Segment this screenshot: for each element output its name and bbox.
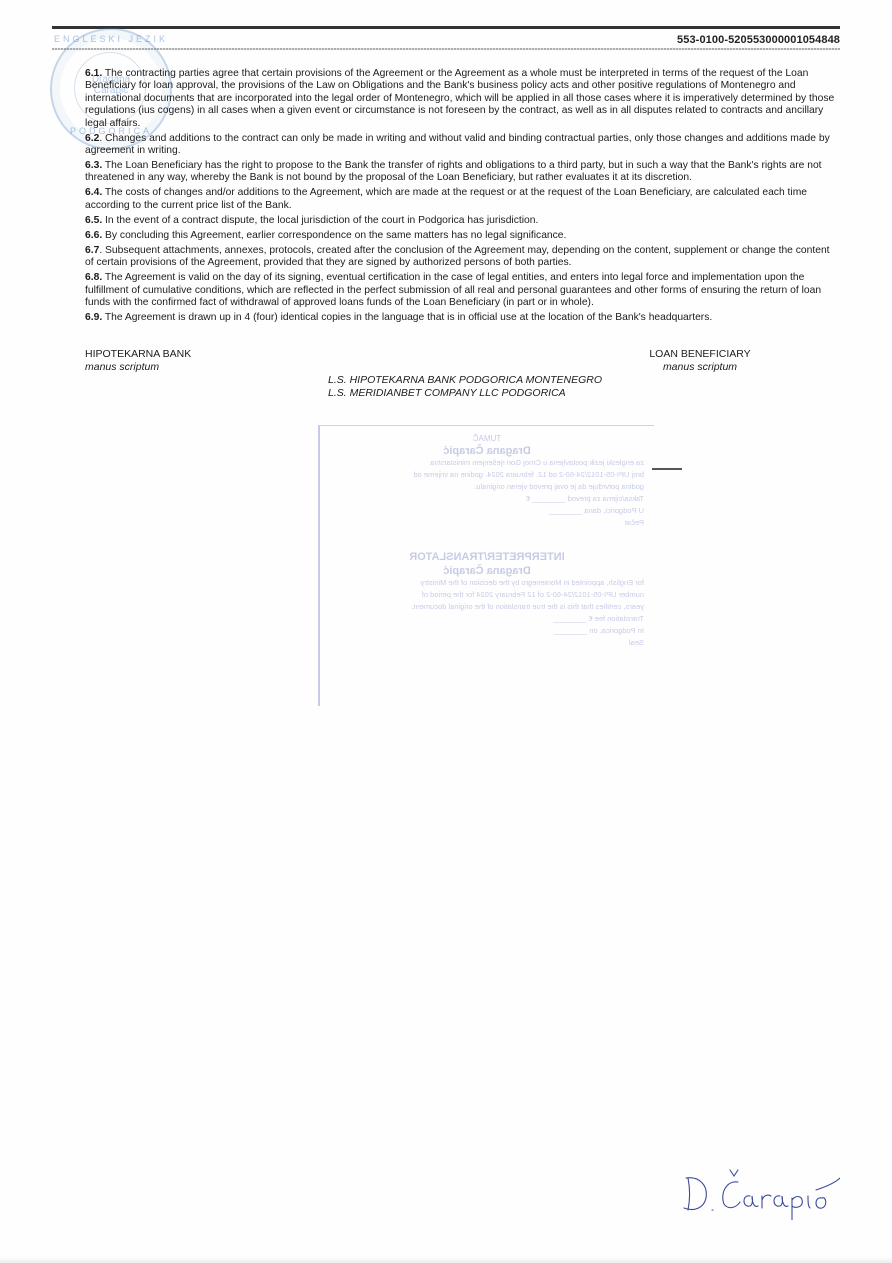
locus-sigilli-block: L.S. HIPOTEKARNA BANK PODGORICA MONTENEG… bbox=[328, 374, 602, 400]
document-page: 553-0100-520553000001054848 ENGLESKI JEZ… bbox=[0, 0, 892, 1263]
clause-6-1: 6.1. The contracting parties agree that … bbox=[85, 68, 840, 130]
clause-text: The contracting parties agree that certa… bbox=[85, 68, 834, 129]
stamp-me-line: godina potvrđuje da je ovaj prevod vjera… bbox=[320, 481, 654, 493]
clause-6-5: 6.5. In the event of a contract dispute,… bbox=[85, 215, 840, 227]
bank-party-name: HIPOTEKARNA BANK bbox=[85, 348, 191, 361]
stamp-seal-label-me: Pečat bbox=[320, 517, 654, 529]
bank-manus-scriptum: manus scriptum bbox=[85, 361, 191, 374]
clause-number: 6.5. bbox=[85, 215, 102, 226]
agreement-clauses: 6.1. The contracting parties agree that … bbox=[85, 68, 840, 327]
bank-signature-block: HIPOTEKARNA BANK manus scriptum bbox=[85, 348, 191, 374]
top-border-rule bbox=[52, 26, 840, 29]
page-bottom-edge bbox=[0, 1257, 892, 1263]
clause-6-3: 6.3. The Loan Beneficiary has the right … bbox=[85, 160, 840, 185]
clause-6-2: 6.2. Changes and additions to the contra… bbox=[85, 133, 840, 158]
clause-number: 6.8. bbox=[85, 272, 102, 283]
stamp-en-title: INTERPRETER/TRANSLATOR bbox=[320, 551, 654, 563]
stamp-top-text: ENGLESKI JEZIK bbox=[52, 34, 170, 44]
stamp-en-name: Dragana Čarapić bbox=[320, 565, 654, 577]
stamp-en-line: number UPI-05-1012/24-60-2 of 12 Februar… bbox=[320, 589, 654, 601]
clause-text: By concluding this Agreement, earlier co… bbox=[102, 230, 566, 241]
translator-certification-stamp: TUMAČ Dragana Čarapić za engleski jezik … bbox=[318, 425, 654, 706]
stamp-me-line: Taksa/cijena za prevod ________ € bbox=[320, 493, 654, 505]
clause-number: 6.9. bbox=[85, 312, 102, 323]
stamp-translator-name: Dragana Čarapić bbox=[320, 445, 654, 457]
clause-number: 6.6. bbox=[85, 230, 102, 241]
stamp-me-line: U Podgorici, dana ________ bbox=[320, 505, 654, 517]
clause-text: In the event of a contract dispute, the … bbox=[102, 215, 538, 226]
stamp-seal-label-en: Seal bbox=[320, 637, 654, 649]
clause-number: 6.1. bbox=[85, 68, 102, 79]
ls-line-bank: L.S. HIPOTEKARNA BANK PODGORICA MONTENEG… bbox=[328, 374, 602, 387]
header-divider bbox=[52, 48, 840, 50]
beneficiary-manus-scriptum: manus scriptum bbox=[645, 361, 755, 374]
clause-number: 6.2 bbox=[85, 133, 99, 144]
beneficiary-signature-block: LOAN BENEFICIARY manus scriptum bbox=[645, 348, 755, 374]
stamp-me-line: za engleski jezik postavljena u Crnoj Go… bbox=[320, 457, 654, 469]
stamp-en-line: years, certifies that this is the true t… bbox=[320, 601, 654, 613]
clause-number: 6.7 bbox=[85, 245, 99, 256]
clause-text: The Loan Beneficiary has the right to pr… bbox=[85, 160, 822, 183]
stamp-en-line: Translation fee € ________ bbox=[320, 613, 654, 625]
clause-6-4: 6.4. The costs of changes and/or additio… bbox=[85, 187, 840, 212]
stamp-en-line: for English, appointed in Montenegro by … bbox=[320, 577, 654, 589]
clause-6-9: 6.9. The Agreement is drawn up in 4 (fou… bbox=[85, 312, 840, 324]
clause-6-6: 6.6. By concluding this Agreement, earli… bbox=[85, 230, 840, 242]
clause-text: . Subsequent attachments, annexes, proto… bbox=[85, 245, 830, 268]
stamp-me-line: broj UPI-05-1012/24-60-2 od 12. februara… bbox=[320, 469, 654, 481]
beneficiary-party-name: LOAN BENEFICIARY bbox=[645, 348, 755, 361]
stamp-top-label: TUMAČ bbox=[320, 434, 654, 443]
stamp-en-line: In Podgorica, on ________ bbox=[320, 625, 654, 637]
clause-number: 6.4. bbox=[85, 187, 102, 198]
clause-text: The Agreement is drawn up in 4 (four) id… bbox=[102, 312, 712, 323]
stamp-edge-mark bbox=[652, 468, 682, 470]
clause-6-8: 6.8. The Agreement is valid on the day o… bbox=[85, 272, 840, 309]
ls-line-company: L.S. MERIDIANBET COMPANY LLC PODGORICA bbox=[328, 387, 602, 400]
document-number: 553-0100-520553000001054848 bbox=[677, 34, 840, 46]
clause-text: . Changes and additions to the contract … bbox=[85, 133, 830, 156]
translator-signature bbox=[680, 1160, 840, 1220]
clause-text: The costs of changes and/or additions to… bbox=[85, 187, 807, 210]
clause-text: The Agreement is valid on the day of its… bbox=[85, 272, 821, 308]
clause-number: 6.3. bbox=[85, 160, 102, 171]
clause-6-7: 6.7. Subsequent attachments, annexes, pr… bbox=[85, 245, 840, 270]
